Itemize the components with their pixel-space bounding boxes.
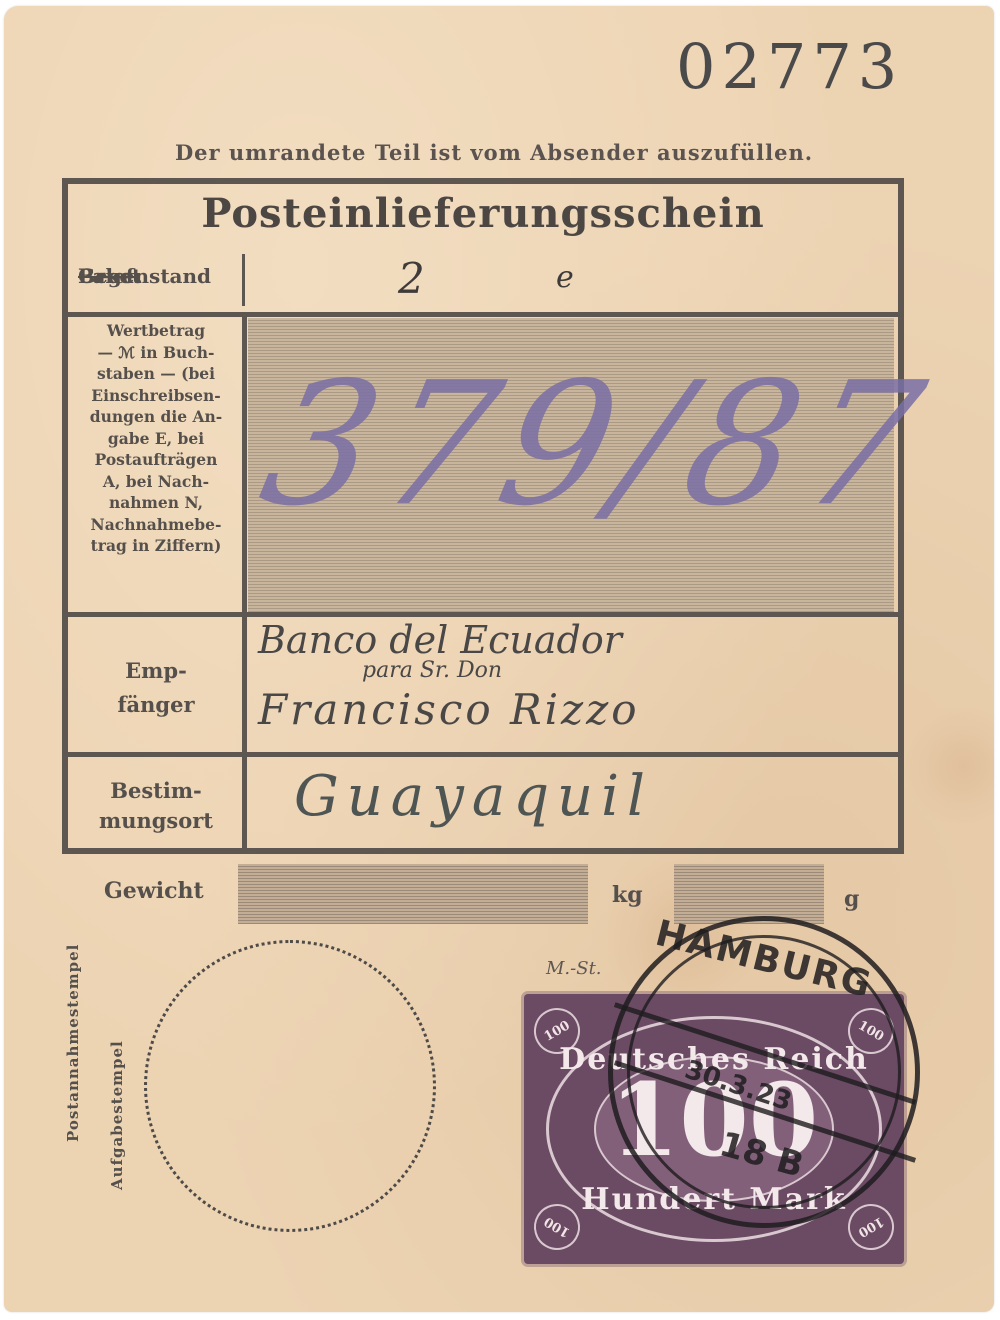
label-line: gabe E, bei xyxy=(72,428,240,450)
label-line: mungsort xyxy=(72,806,240,836)
label-line: fänger xyxy=(72,688,240,722)
empfaenger-field[interactable]: Banco del Ecuador para Sr. Don Francisco… xyxy=(258,618,888,734)
weight-g-field[interactable] xyxy=(674,864,824,924)
label-line: Einschreibsen- xyxy=(72,385,240,407)
label-line: Nachnahmebe- xyxy=(72,514,240,536)
gegenstand-row: Gegenstand Brief 2 Paket e xyxy=(68,246,898,314)
vertical-label-2: Aufgabestempel xyxy=(108,1010,126,1190)
recipient-line-2: para Sr. Don xyxy=(362,658,888,683)
divider xyxy=(242,254,245,306)
label-line: A, bei Nach- xyxy=(72,471,240,493)
hamburg-postmark: HAMBURG 30.3.23 18 B xyxy=(608,916,920,1228)
wertbetrag-handwritten-value: 379/87 xyxy=(250,360,944,530)
divider xyxy=(242,312,247,852)
empfaenger-label: Emp- fänger xyxy=(72,654,240,722)
divider xyxy=(68,752,898,757)
recipient-line-3: Francisco Rizzo xyxy=(258,685,888,734)
wertbetrag-label: Wertbetrag — ℳ in Buch- staben — (bei Ei… xyxy=(72,320,240,612)
vertical-label-1: Postannahmestempel xyxy=(64,962,82,1142)
bestimmungsort-label: Bestim- mungsort xyxy=(72,776,240,836)
handwritten-count[interactable]: 2 xyxy=(398,254,425,303)
label-line: dungen die An- xyxy=(72,406,240,428)
cancellation-stamp-circle xyxy=(144,940,436,1232)
divider xyxy=(68,312,898,317)
bestimmungsort-field[interactable]: Guayaquil xyxy=(294,764,653,829)
bordered-form: Posteinlieferungsschein Gegenstand Brief… xyxy=(62,178,904,854)
title-row: Posteinlieferungsschein xyxy=(68,184,898,250)
g-unit-label: g xyxy=(844,886,859,912)
serial-number: 02773 xyxy=(676,30,903,103)
form-title: Posteinlieferungsschein xyxy=(68,190,898,237)
label-line: Postaufträgen xyxy=(72,449,240,471)
label-line: staben — (bei xyxy=(72,363,240,385)
stamp-marker-text: M.-St. xyxy=(546,958,602,979)
option-paket: Paket xyxy=(78,264,141,288)
label-line: Emp- xyxy=(72,654,240,688)
handwritten-suffix: e xyxy=(556,260,574,295)
gewicht-label: Gewicht xyxy=(104,878,204,904)
recipient-line-1: Banco del Ecuador xyxy=(258,618,888,662)
label-line: trag in Ziffern) xyxy=(72,535,240,557)
label-line: Wertbetrag xyxy=(72,320,240,342)
label-line: nahmen N, xyxy=(72,492,240,514)
postal-receipt-card: 02773 Der umrandete Teil ist vom Absende… xyxy=(4,6,994,1312)
label-line: Bestim- xyxy=(72,776,240,806)
divider xyxy=(68,612,898,617)
label-line: — ℳ in Buch- xyxy=(72,342,240,364)
weight-kg-field[interactable] xyxy=(238,864,588,924)
sender-instruction: Der umrandete Teil ist vom Absender ausz… xyxy=(124,140,864,165)
